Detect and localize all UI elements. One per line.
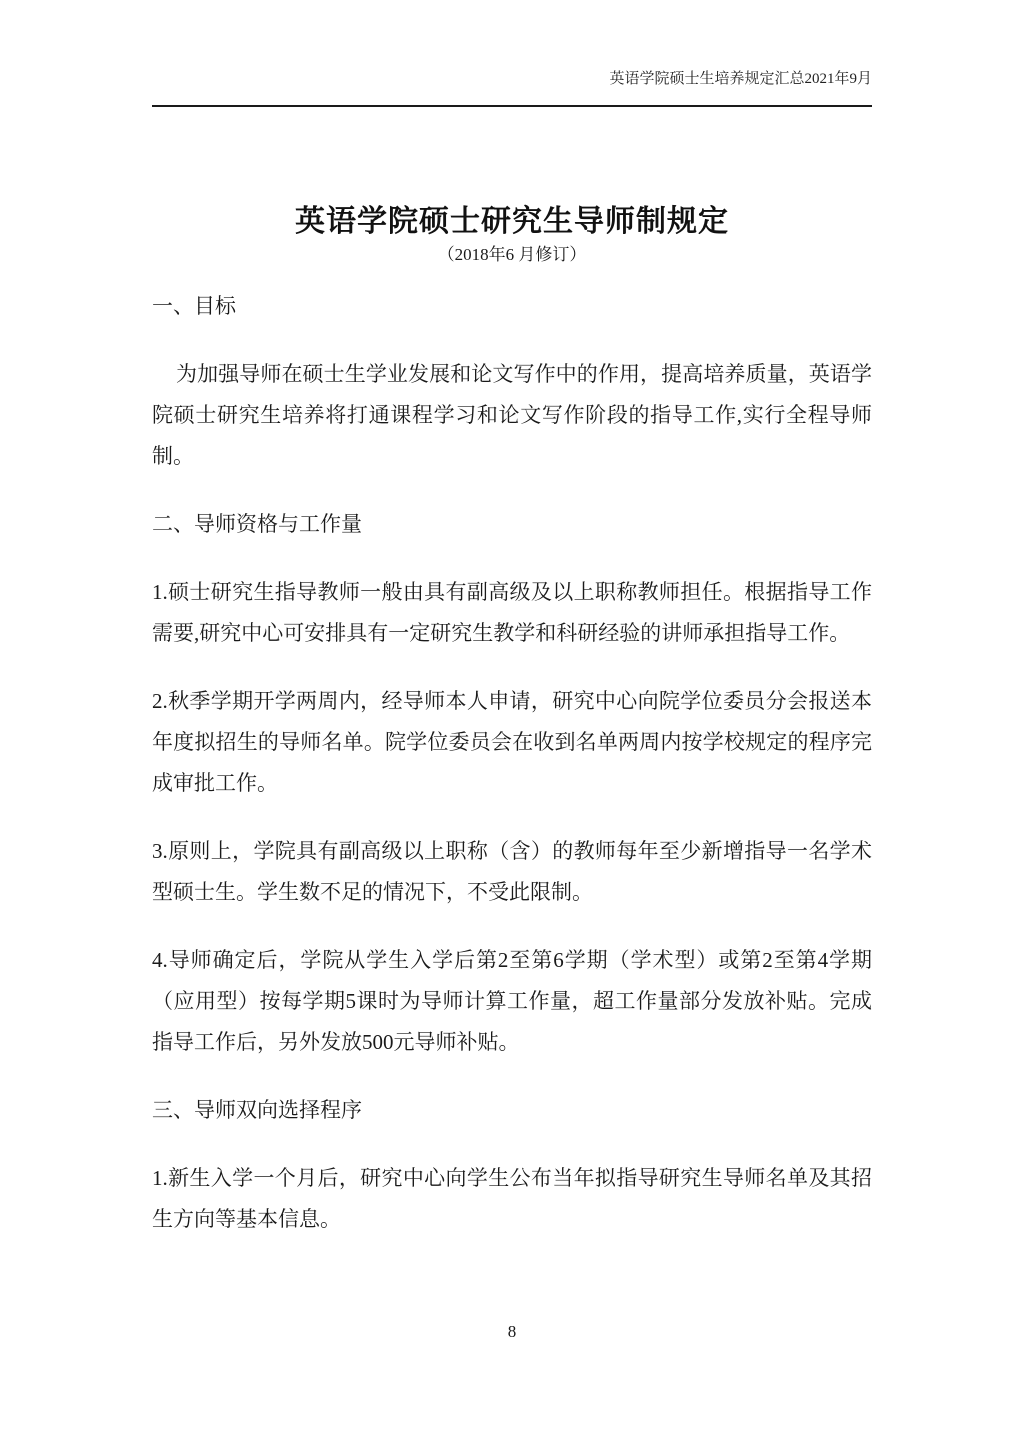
section-heading-qualification: 二、导师资格与工作量 (152, 504, 872, 545)
document-title: 英语学院硕士研究生导师制规定 (152, 205, 872, 239)
running-header-text: 英语学院硕士生培养规定汇总2021年9月 (609, 71, 872, 87)
paragraph-item-4: 4.导师确定后，学院从学生入学后第2至第6学期（学术型）或第2至第4学期（应用型… (152, 940, 872, 1063)
paragraph-selection-1: 1.新生入学一个月后，研究中心向学生公布当年拟指导研究生导师名单及其招生方向等基… (152, 1158, 872, 1240)
paragraph-item-1: 1.硕士研究生指导教师一般由具有副高级及以上职称教师担任。根据指导工作需要,研究… (152, 572, 872, 654)
section-heading-selection: 三、导师双向选择程序 (152, 1090, 872, 1131)
document-subtitle: （2018年6 月修订） (152, 242, 872, 268)
document-body: 一、目标 为加强导师在硕士生学业发展和论文写作中的作用，提高培养质量，英语学院硕… (152, 286, 872, 1240)
paragraph-goal: 为加强导师在硕士生学业发展和论文写作中的作用，提高培养质量，英语学院硕士研究生培… (152, 354, 872, 477)
page-header: 英语学院硕士生培养规定汇总2021年9月 (152, 0, 872, 107)
page-number: 8 (508, 1322, 517, 1341)
paragraph-item-3: 3.原则上，学院具有副高级以上职称（含）的教师每年至少新增指导一名学术型硕士生。… (152, 831, 872, 913)
paragraph-item-2: 2.秋季学期开学两周内，经导师本人申请，研究中心向院学位委员分会报送本年度拟招生… (152, 681, 872, 804)
document-content: 英语学院硕士研究生导师制规定 （2018年6 月修订） 一、目标 为加强导师在硕… (152, 205, 872, 1240)
page-footer: 8 (0, 1320, 1024, 1344)
document-page: 英语学院硕士生培养规定汇总2021年9月 英语学院硕士研究生导师制规定 （201… (0, 0, 1024, 1447)
section-heading-goal: 一、目标 (152, 286, 872, 327)
